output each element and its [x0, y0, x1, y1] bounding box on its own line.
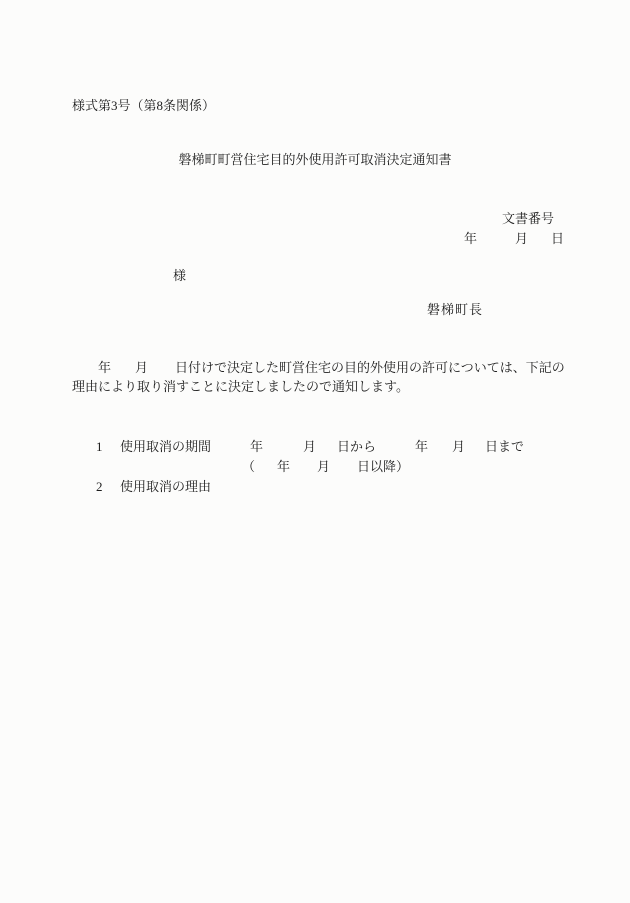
form-number: 様式第3号（第8条関係） — [72, 98, 215, 113]
to-year-label: 年 — [415, 439, 428, 454]
body-paragraph-line1: 年 月 日付けで決定した町営住宅の目的外使用の許可については、下記の — [0, 360, 630, 375]
document-title: 磐梯町町営住宅目的外使用許可取消決定通知書 — [0, 152, 630, 167]
paren-year-label: 年 — [277, 459, 290, 474]
list-item-1: 1 使用取消の期間 年 月 日から 年 月 日まで — [0, 439, 630, 454]
sender-title: 磐梯町長 — [427, 302, 483, 317]
paren-close: 日以降） — [357, 459, 409, 474]
item2-label: 使用取消の理由 — [120, 479, 211, 494]
item1-label: 使用取消の期間 — [120, 439, 211, 454]
body-month-label: 月 — [135, 360, 148, 375]
to-day-label: 日まで — [485, 439, 524, 454]
paren-month-label: 月 — [317, 459, 330, 474]
body-paragraph-line2: 理由により取り消すことに決定しましたので通知します。 — [72, 379, 409, 394]
body-line1-text: 日付けで決定した町営住宅の目的外使用の許可については、下記の — [175, 360, 565, 375]
list-item-2: 2 使用取消の理由 — [0, 479, 630, 494]
item2-number: 2 — [96, 479, 103, 494]
body-year-label: 年 — [98, 360, 111, 375]
header-month-label: 月 — [515, 231, 528, 246]
from-day-label: 日から — [337, 439, 376, 454]
list-item-1-paren-line: （ 年 月 日以降） — [0, 459, 630, 474]
to-month-label: 月 — [452, 439, 465, 454]
doc-number-label: 文書番号 — [502, 211, 554, 226]
from-year-label: 年 — [250, 439, 263, 454]
item1-number: 1 — [96, 439, 103, 454]
document-page: 様式第3号（第8条関係） 磐梯町町営住宅目的外使用許可取消決定通知書 文書番号 … — [0, 0, 630, 903]
header-year-label: 年 — [464, 231, 477, 246]
from-month-label: 月 — [303, 439, 316, 454]
header-date-line: 年 月 日 — [0, 231, 630, 246]
paren-open: （ — [242, 459, 255, 474]
header-day-label: 日 — [551, 231, 564, 246]
addressee-suffix: 様 — [173, 268, 186, 283]
